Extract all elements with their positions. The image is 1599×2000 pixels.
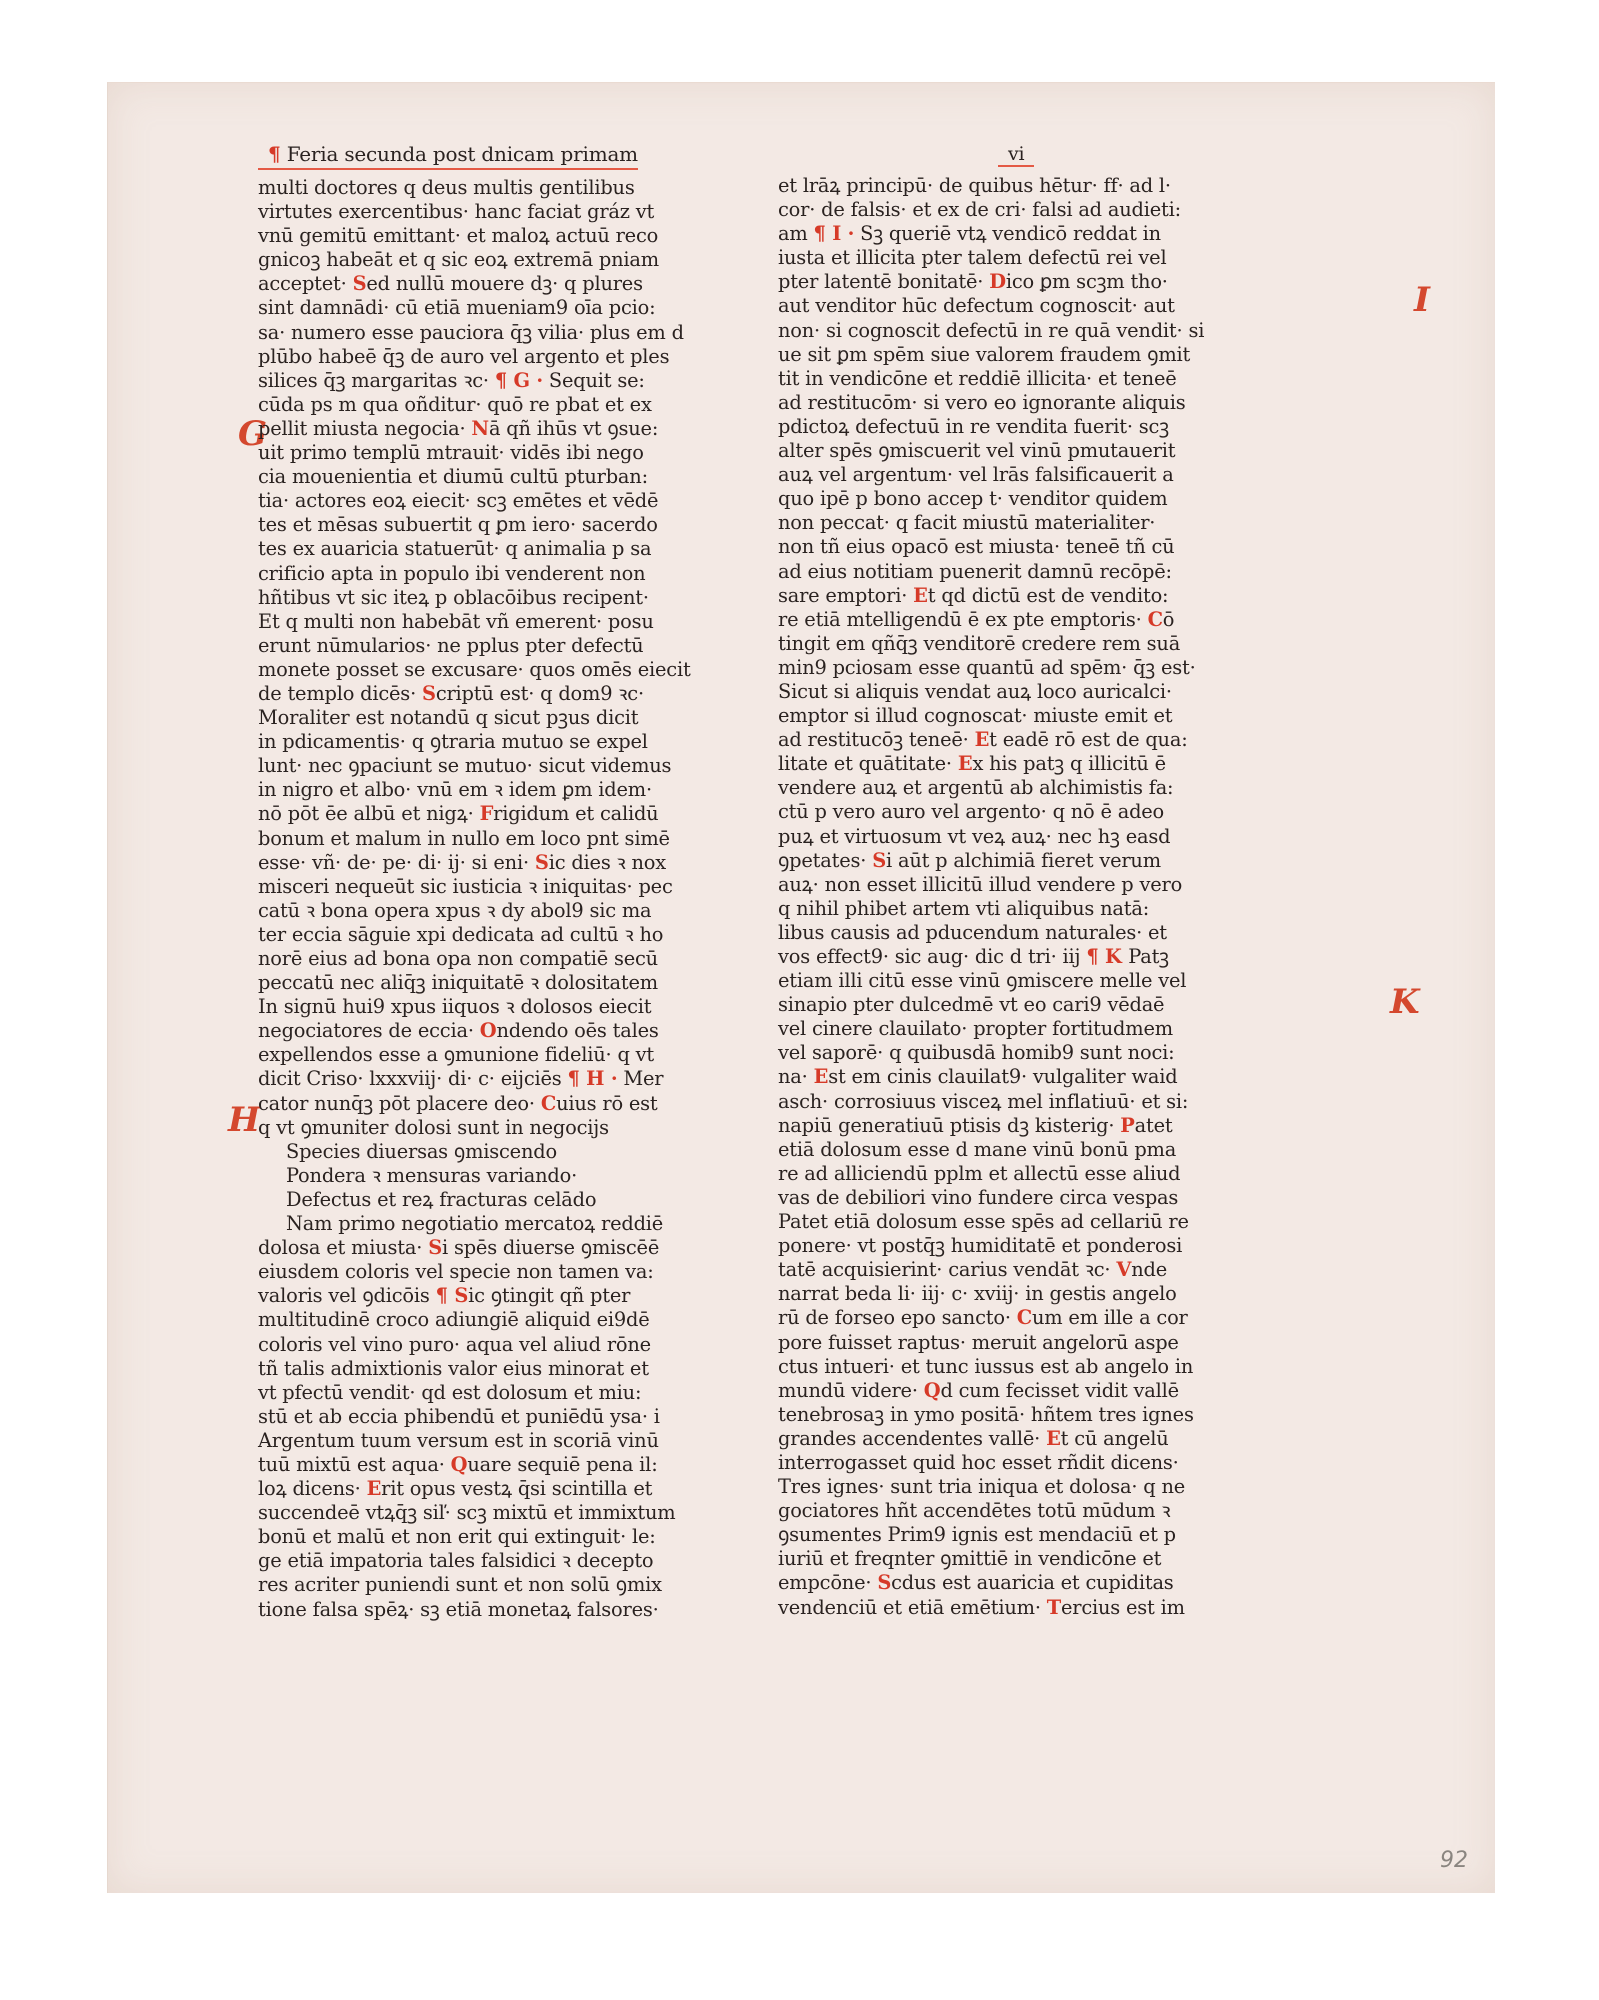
text-line: quo ipē p bono accep t· venditor quidem: [778, 487, 1238, 511]
rubricated-initial: E: [975, 728, 990, 751]
rubricated-initial: E: [958, 752, 973, 775]
text-line: Pondera ꝛ mensuras variando·: [258, 1164, 713, 1188]
text-line: vnū gemitū emittant· et maloꝝ actuū reco: [258, 224, 713, 248]
text-line: ꝯsumentes Prim9 ignis est mendaciū et p: [778, 1523, 1238, 1547]
text-line: re etiā mtelligendū ē ex pte emptoris· C…: [778, 608, 1238, 632]
text-line: valoris vel ꝯdicōis ¶ Sic ꝯtingit qñ pte…: [258, 1284, 713, 1308]
pilcrow-icon: ¶: [268, 142, 281, 166]
text-line: vt pfectū vendit· qd est dolosum et miu:: [258, 1381, 713, 1405]
folio-number: vi: [778, 142, 1238, 168]
text-line: coloris vel vino puro· aqua vel aliud rō…: [258, 1333, 713, 1357]
text-line: Sicut si aliquis vendat auꝝ loco aurical…: [778, 680, 1238, 704]
text-line: Defectus et reꝝ fracturas celādo: [258, 1188, 713, 1212]
text-line: In signū hui9 xpus iiquos ꝛ dolosos eiec…: [258, 995, 713, 1019]
rubricated-initial: P: [1120, 1114, 1134, 1137]
rubricated-initial: E: [367, 1477, 382, 1500]
right-text-column: vi et lrāꝝ principū· de quibus hētur· ff…: [778, 142, 1238, 1620]
rubricated-initial: E: [814, 1065, 829, 1088]
text-line: multi doctores q deus multis gentilibus: [258, 176, 713, 200]
rubricated-initial: C: [1017, 1306, 1032, 1329]
text-line: ꝯpetates· Si aūt p alchimiā fieret verum: [778, 849, 1238, 873]
right-column-lines: et lrāꝝ principū· de quibus hētur· ff· a…: [778, 174, 1238, 1620]
text-line: lunt· nec ꝯpaciunt se mutuo· sicut videm…: [258, 754, 713, 778]
text-line: gnicoꝫ habeāt et q sic eoꝝ extremā pniam: [258, 248, 713, 272]
running-heading-text: Feria secunda post dnicam primam: [287, 142, 638, 166]
text-line: loꝝ dicens· Erit opus vestꝝ q̄si scintil…: [258, 1477, 713, 1501]
running-heading: ¶ Feria secunda post dnicam primam: [258, 142, 638, 170]
text-line: in nigro et albo· vnū em ꝛ idem ꝑm idem·: [258, 778, 713, 802]
text-line: gociatores hñt accendētes totū mūdum ꝛ: [778, 1499, 1238, 1523]
text-line: etiā dolosum esse d mane vinū bonū pma: [778, 1138, 1238, 1162]
rubricated-initial: O: [480, 1019, 497, 1042]
text-line: non tñ eius opacō est miusta· teneē tñ c…: [778, 535, 1238, 559]
text-line: tit in vendicōne et reddiē illicita· et …: [778, 367, 1238, 391]
pencil-page-number: 92: [1440, 1848, 1468, 1873]
text-line: tes ex auaricia statuerūt· q animalia p …: [258, 537, 713, 561]
left-column-lines: multi doctores q deus multis gentilibusv…: [258, 176, 713, 1622]
rubricated-initial: ¶ I ·: [814, 222, 855, 245]
text-line: catū ꝛ bona opera xpus ꝛ dy abol9 sic ma: [258, 899, 713, 923]
text-line: na· Est em cinis clauilat9· vulgaliter w…: [778, 1065, 1238, 1089]
text-line: q vt ꝯmuniter dolosi sunt in negocijs: [258, 1116, 713, 1140]
rubricated-initial: F: [480, 802, 494, 825]
text-line: negociatores de eccia· Ondendo oēs tales: [258, 1019, 713, 1043]
text-line: plūbo habeē q̄ꝫ de auro vel argento et p…: [258, 345, 713, 369]
text-line: ad restitucōꝫ teneē· Et eadē rō est de q…: [778, 728, 1238, 752]
rubricated-initial: Q: [451, 1453, 468, 1476]
text-line: ad restitucōm· si vero eo ignorante aliq…: [778, 391, 1238, 415]
text-line: nō pōt ēe albū et nigꝝ· Frigidum et cali…: [258, 802, 713, 826]
text-line: multitudinē croco adiungiē aliquid ei9dē: [258, 1308, 713, 1332]
text-line: ter eccia sāguie xpi dedicata ad cultū ꝛ…: [258, 923, 713, 947]
rubricated-initial: S: [872, 849, 886, 872]
rubricated-initial: S: [353, 272, 367, 295]
text-line: tia· actores eoꝝ eiecit· scꝫ emētes et v…: [258, 489, 713, 513]
rubricated-initial: C: [541, 1092, 556, 1115]
text-line: cūda ps m qua oñditur· quō re pbat et ex: [258, 393, 713, 417]
rubricated-initial: V: [1116, 1258, 1131, 1281]
text-line: am ¶ I · Sꝫ queriē vtꝝ vendicō reddat in: [778, 222, 1238, 246]
text-line: aut venditor hūc defectum cognoscit· aut: [778, 294, 1238, 318]
text-line: cator nunq̄ꝫ pōt placere deo· Cuius rō e…: [258, 1092, 713, 1116]
text-line: tuū mixtū est aqua· Quare sequiē pena il…: [258, 1453, 713, 1477]
text-line: rū de forseo epo sancto· Cum em ille a c…: [778, 1306, 1238, 1330]
text-line: stū et ab eccia phibendū et puniēdū ysa·…: [258, 1405, 713, 1429]
margin-guide-letter-h: H: [228, 1100, 260, 1140]
text-line: pore fuisset raptus· meruit angelorū asp…: [778, 1331, 1238, 1355]
text-line: tatē acquisierint· carius vendāt ꝛc· Vnd…: [778, 1258, 1238, 1282]
text-line: bonū et malū et non erit qui extinguit· …: [258, 1525, 713, 1549]
rubricated-initial: ¶ K: [1086, 945, 1128, 968]
text-line: tes et mēsas subuertit q ꝑm iero· sacerd…: [258, 513, 713, 537]
text-line: monete posset se excusare· quos omēs eie…: [258, 658, 713, 682]
text-line: pter latentē bonitatē· Dico ꝑm scꝫm tho·: [778, 270, 1238, 294]
text-line: ctus intueri· et tunc iussus est ab ange…: [778, 1355, 1238, 1379]
text-line: auꝝ· non esset illicitū illud vendere p …: [778, 873, 1238, 897]
text-line: min9 pciosam esse quantū ad spēm· q̄ꝫ es…: [778, 656, 1238, 680]
text-line: emptor si illud cognoscat· miuste emit e…: [778, 704, 1238, 728]
text-line: etiam illi citū esse vinū ꝯmiscere melle…: [778, 969, 1238, 993]
text-line: bonum et malum in nullo em loco pnt simē: [258, 827, 713, 851]
text-line: vel cinere clauilato· propter fortitudme…: [778, 1017, 1238, 1041]
text-line: Tres ignes· sunt tria iniqua et dolosa· …: [778, 1475, 1238, 1499]
text-line: sa· numero esse pauciora q̄ꝫ vilia· plus…: [258, 321, 713, 345]
text-line: cor· de falsis· et ex de cri· falsi ad a…: [778, 198, 1238, 222]
rubricated-initial: S: [535, 851, 549, 874]
text-line: eiusdem coloris vel specie non tamen va:: [258, 1260, 713, 1284]
rubricated-initial: N: [471, 417, 489, 440]
text-line: tñ talis admixtionis valor eius minorat …: [258, 1357, 713, 1381]
folio-number-text: vi: [998, 143, 1034, 167]
text-line: et lrāꝝ principū· de quibus hētur· ff· a…: [778, 174, 1238, 198]
left-text-column: ¶ Feria secunda post dnicam primam multi…: [258, 142, 713, 1622]
text-line: sint damnādi· cū etiā mueniam9 oīa pcio:: [258, 296, 713, 320]
text-line: succendeē vtꝝq̄ꝫ siľ· scꝫ mixtū et immix…: [258, 1501, 713, 1525]
text-line: misceri nequeūt sic iusticia ꝛ iniquitas…: [258, 875, 713, 899]
text-line: dicit Criso· lxxxviij· di· c· eijciēs ¶ …: [258, 1067, 713, 1091]
text-line: empcōne· Scdus est auaricia et cupiditas: [778, 1571, 1238, 1595]
text-line: expellendos esse a ꝯmunione fideliū· q v…: [258, 1043, 713, 1067]
text-line: pellit miusta negocia· Nā qñ ihūs vt ꝯsu…: [258, 417, 713, 441]
rubricated-initial: S: [422, 682, 436, 705]
text-line: erunt nūmularios· ne pplus pter defectū: [258, 634, 713, 658]
text-line: litate et quātitate· Ex his patꝫ q illic…: [778, 752, 1238, 776]
text-line: norē eius ad bona opa non compatiē secū: [258, 947, 713, 971]
text-line: q nihil phibet artem vti aliquibus natā:: [778, 897, 1238, 921]
text-line: in pdicamentis· q ꝯtraria mutuo se expel: [258, 730, 713, 754]
rubricated-initial: D: [989, 270, 1006, 293]
text-line: re ad alliciendū pplm et allectū esse al…: [778, 1162, 1238, 1186]
text-line: pdictoꝝ defectuū in re vendita fuerit· s…: [778, 415, 1238, 439]
text-line: esse· vñ· de· pe· di· ij· si eni· Sic di…: [258, 851, 713, 875]
text-line: silices q̄ꝫ margaritas ꝛc· ¶ G · Sequit …: [258, 369, 713, 393]
text-line: ponere· vt postq̄ꝫ humiditatē et pondero…: [778, 1234, 1238, 1258]
rubricated-initial: ¶ G ·: [495, 369, 543, 392]
text-line: acceptet· Sed nullū mouere dꝫ· q plures: [258, 272, 713, 296]
margin-guide-letter-k: K: [1390, 982, 1420, 1022]
rubricated-initial: C: [1148, 608, 1163, 631]
text-line: hñtibus vt sic iteꝝ p oblacōibus recipen…: [258, 586, 713, 610]
text-line: iuriū et freqnter ꝯmittiē in vendicōne e…: [778, 1547, 1238, 1571]
rubricated-initial: T: [1047, 1596, 1061, 1619]
margin-guide-letter-i: I: [1414, 280, 1430, 320]
text-line: iusta et illicita pter talem defectū rei…: [778, 246, 1238, 270]
rubricated-initial: S: [877, 1571, 891, 1594]
text-line: libus causis ad pducendum naturales· et: [778, 921, 1238, 945]
text-line: interrogasset quid hoc esset rñdit dicen…: [778, 1451, 1238, 1475]
text-line: napiū generatiuū ptisis dꝫ kisterig· Pat…: [778, 1114, 1238, 1138]
text-line: cia mouenientia et diumū cultū pturban:: [258, 465, 713, 489]
text-line: vos effect9· sic aug· dic d tri· iij ¶ K…: [778, 945, 1238, 969]
text-line: tenebrosaꝫ in ymo positā· hñtem tres ign…: [778, 1403, 1238, 1427]
text-line: dolosa et miusta· Si spēs diuerse ꝯmiscē…: [258, 1236, 713, 1260]
text-line: crificio apta in populo ibi venderent no…: [258, 562, 713, 586]
text-line: Argentum tuum versum est in scoriā vinū: [258, 1429, 713, 1453]
text-line: ctū p vero auro vel argento· q nō ē adeo: [778, 800, 1238, 824]
text-line: vendere auꝝ et argentū ab alchimistis fa…: [778, 776, 1238, 800]
text-line: vel saporē· q quibusdā homib9 sunt noci:: [778, 1041, 1238, 1065]
text-line: vendenciū et etiā emētium· Tercius est i…: [778, 1596, 1238, 1620]
rubricated-initial: E: [913, 584, 928, 607]
text-line: sinapio pter dulcedmē vt eo cari9 vēdaē: [778, 993, 1238, 1017]
text-line: de templo dicēs· Scriptū est· q dom9 ꝛc·: [258, 682, 713, 706]
text-line: sare emptori· Et qd dictū est de vendito…: [778, 584, 1238, 608]
text-line: asch· corrosiuus visceꝝ mel inflatiuū· e…: [778, 1090, 1238, 1114]
text-line: ge etiā impatoria tales falsidici ꝛ dece…: [258, 1549, 713, 1573]
rubricated-initial: ¶ S: [436, 1284, 469, 1307]
text-line: Et q multi non habebāt vñ emerent· posu: [258, 610, 713, 634]
text-line: ad eius notitiam puenerit damnū recōpē:: [778, 560, 1238, 584]
text-line: Species diuersas ꝯmiscendo: [258, 1140, 713, 1164]
rubricated-initial: E: [1046, 1427, 1061, 1450]
text-line: Nam primo negotiatio mercatoꝝ reddiē: [258, 1212, 713, 1236]
text-line: virtutes exercentibus· hanc faciat gráz …: [258, 200, 713, 224]
rubricated-initial: S: [428, 1236, 442, 1259]
text-line: uit primo templū mtrauit· vidēs ibi nego: [258, 441, 713, 465]
text-line: auꝝ vel argentum· vel lrās falsificaueri…: [778, 463, 1238, 487]
text-line: grandes accendentes vallē· Et cū angelū: [778, 1427, 1238, 1451]
text-line: puꝝ et virtuosum vt veꝝ auꝝ· nec hꝫ easd: [778, 825, 1238, 849]
rubricated-initial: Q: [924, 1379, 941, 1402]
text-line: ue sit ꝑm spēm siue valorem fraudem ꝯmit: [778, 343, 1238, 367]
text-line: non· si cognoscit defectū in re quā vend…: [778, 319, 1238, 343]
rubricated-initial: ¶ H ·: [567, 1067, 617, 1090]
text-line: non peccat· q facit miustū materialiter·: [778, 511, 1238, 535]
text-line: narrat beda li· iij· c· xviij· in gestis…: [778, 1282, 1238, 1306]
text-line: alter spēs ꝯmiscuerit vel vinū pmutaueri…: [778, 439, 1238, 463]
text-line: tione falsa spēꝝ· sꝫ etiā monetaꝝ falsor…: [258, 1598, 713, 1622]
text-line: peccatū nec aliq̄ꝫ iniquitatē ꝛ dolosita…: [258, 971, 713, 995]
text-line: Patet etiā dolosum esse spēs ad cellariū…: [778, 1210, 1238, 1234]
text-line: vas de debiliori vino fundere circa vesp…: [778, 1186, 1238, 1210]
text-line: mundū videre· Qd cum fecisset vidit vall…: [778, 1379, 1238, 1403]
text-line: res acriter puniendi sunt et non solū ꝯm…: [258, 1573, 713, 1597]
text-line: tingit em qñq̄ꝫ venditorē credere rem su…: [778, 632, 1238, 656]
text-line: Moraliter est notandū q sicut pꝫus dicit: [258, 706, 713, 730]
